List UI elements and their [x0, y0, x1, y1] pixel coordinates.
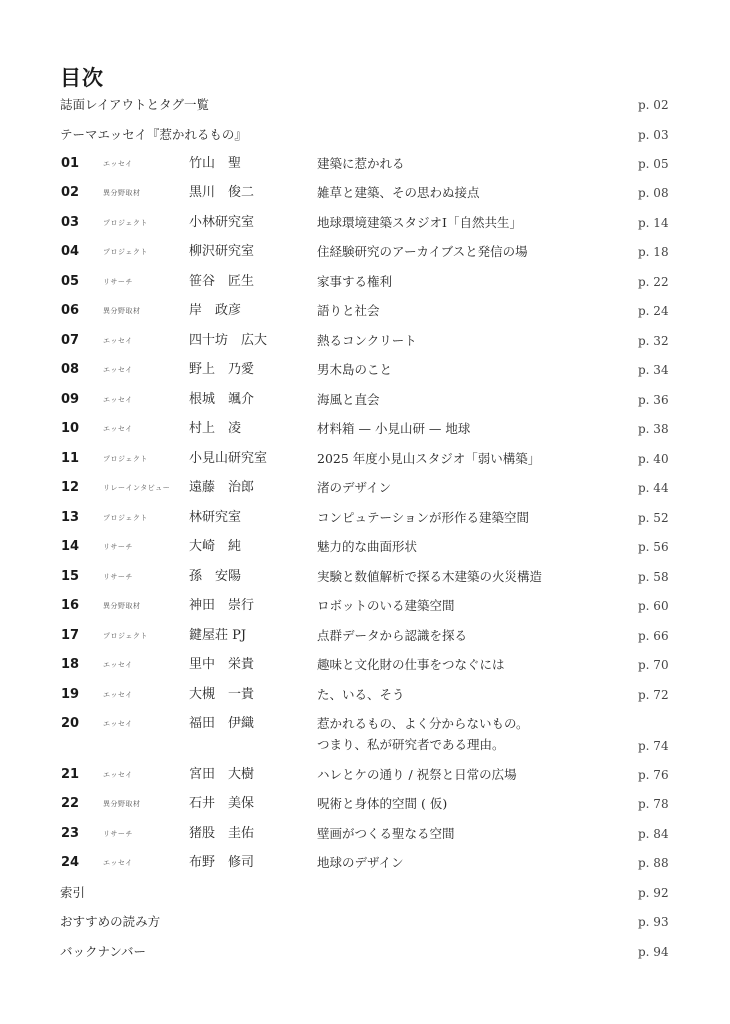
entry-number: 01	[61, 153, 79, 175]
entry-number: 18	[61, 654, 79, 676]
category-tag: エッセイ	[103, 713, 133, 735]
page-number: p. 60	[638, 595, 669, 617]
entry-number: 19	[61, 684, 79, 706]
entry-number: 23	[61, 823, 79, 845]
toc-back-item[interactable]: おすすめの読み方 p. 93	[0, 911, 730, 933]
toc-entry[interactable]: 06 異分野取材 岸 政彦 語りと社会 p. 24	[0, 300, 730, 322]
article-title: 点群データから認識を探る	[317, 625, 467, 647]
category-tag: エッセイ	[103, 359, 133, 381]
page-number: p. 58	[638, 566, 669, 588]
article-title: 建築に惹かれる	[317, 153, 405, 175]
article-title: 実験と数値解析で探る木建築の火災構造	[317, 566, 542, 588]
category-tag: エッセイ	[103, 153, 133, 175]
page-number: p. 44	[638, 477, 669, 499]
toc-entry[interactable]: 12 リレーインタビュー 遠藤 治郎 渚のデザイン p. 44	[0, 477, 730, 499]
category-tag: プロジェクト	[103, 241, 148, 263]
category-tag: 異分野取材	[103, 182, 141, 204]
entry-number: 13	[61, 507, 79, 529]
section-label: 索引	[60, 882, 85, 904]
article-title: ロボットのいる建築空間	[317, 595, 455, 617]
entry-number: 11	[61, 448, 79, 470]
page-number: p. 93	[638, 911, 669, 933]
toc-front-item[interactable]: テーマエッセイ『惹かれるもの』 p. 03	[0, 124, 730, 146]
page-number: p. 22	[638, 271, 669, 293]
page-number: p. 34	[638, 359, 669, 381]
page-number: p. 72	[638, 684, 669, 706]
entry-number: 03	[61, 212, 79, 234]
author-name: 布野 修司	[189, 852, 254, 874]
author-name: 岸 政彦	[189, 300, 241, 322]
article-title: 呪術と身体的空間 ( 仮)	[317, 793, 447, 815]
toc-back-item[interactable]: 索引 p. 92	[0, 882, 730, 904]
toc-entry[interactable]: 22 異分野取材 石井 美保 呪術と身体的空間 ( 仮) p. 78	[0, 793, 730, 815]
author-name: 小林研究室	[189, 212, 254, 234]
author-name: 孫 安陽	[189, 566, 241, 588]
category-tag: エッセイ	[103, 389, 133, 411]
author-name: 鍵屋荘 PJ	[189, 625, 246, 647]
section-label: バックナンバー	[60, 941, 146, 963]
toc-entry[interactable]: 03 プロジェクト 小林研究室 地球環境建築スタジオⅠ「自然共生」 p. 14	[0, 212, 730, 234]
page-number: p. 70	[638, 654, 669, 676]
author-name: 遠藤 治郎	[189, 477, 254, 499]
page-number: p. 14	[638, 212, 669, 234]
entry-number: 15	[61, 566, 79, 588]
category-tag: リサーチ	[103, 566, 133, 588]
article-title: 地球環境建築スタジオⅠ「自然共生」	[317, 212, 522, 234]
toc-entry[interactable]: 16 異分野取材 神田 崇行 ロボットのいる建築空間 p. 60	[0, 595, 730, 617]
page-number: p. 36	[638, 389, 669, 411]
entry-number: 06	[61, 300, 79, 322]
category-tag: 異分野取材	[103, 300, 141, 322]
author-name: 根城 颯介	[189, 389, 254, 411]
page-number: p. 40	[638, 448, 669, 470]
page-number: p. 66	[638, 625, 669, 647]
entry-number: 20	[61, 713, 79, 735]
page-number: p. 56	[638, 536, 669, 558]
author-name: 四十坊 広大	[189, 330, 267, 352]
page-number: p. 74	[638, 735, 669, 757]
category-tag: プロジェクト	[103, 212, 148, 234]
category-tag: リサーチ	[103, 536, 133, 558]
article-title: 惹かれるもの、よく分からないもの。	[317, 713, 529, 735]
author-name: 笹谷 匠生	[189, 271, 254, 293]
page-number: p. 78	[638, 793, 669, 815]
article-title: 熱るコンクリート	[317, 330, 417, 352]
entry-number: 22	[61, 793, 79, 815]
page-number: p. 32	[638, 330, 669, 352]
entry-number: 04	[61, 241, 79, 263]
category-tag: リサーチ	[103, 271, 133, 293]
page-number: p. 24	[638, 300, 669, 322]
article-title: 壁画がつくる聖なる空間	[317, 823, 455, 845]
toc-entry[interactable]: 15 リサーチ 孫 安陽 実験と数値解析で探る木建築の火災構造 p. 58	[0, 566, 730, 588]
section-label: テーマエッセイ『惹かれるもの』	[60, 124, 247, 146]
entry-number: 02	[61, 182, 79, 204]
toc-entry[interactable]: 17 プロジェクト 鍵屋荘 PJ 点群データから認識を探る p. 66	[0, 625, 730, 647]
author-name: 小見山研究室	[189, 448, 267, 470]
category-tag: プロジェクト	[103, 625, 148, 647]
article-title: ハレとケの通り / 祝祭と日常の広場	[317, 764, 517, 786]
section-label: 誌面レイアウトとタグ一覧	[60, 94, 209, 116]
toc-back-item[interactable]: バックナンバー p. 94	[0, 941, 730, 963]
category-tag: エッセイ	[103, 330, 133, 352]
page-number: p. 18	[638, 241, 669, 263]
author-name: 里中 栄貴	[189, 654, 254, 676]
toc-entry[interactable]: 09 エッセイ 根城 颯介 海風と直会 p. 36	[0, 389, 730, 411]
entry-number: 14	[61, 536, 79, 558]
article-title: た、いる、そう	[317, 684, 405, 706]
author-name: 村上 凌	[189, 418, 241, 440]
author-name: 林研究室	[189, 507, 241, 529]
author-name: 石井 美保	[189, 793, 254, 815]
toc-entry[interactable]: 11 プロジェクト 小見山研究室 2025 年度小見山スタジオ「弱い構築」 p.…	[0, 448, 730, 470]
toc-entry[interactable]: 10 エッセイ 村上 凌 材料箱 — 小見山研 — 地球 p. 38	[0, 418, 730, 440]
page-number: p. 05	[638, 153, 669, 175]
toc-entry[interactable]: 21 エッセイ 宮田 大樹 ハレとケの通り / 祝祭と日常の広場 p. 76	[0, 764, 730, 786]
category-tag: エッセイ	[103, 764, 133, 786]
page-number: p. 84	[638, 823, 669, 845]
article-title: 魅力的な曲面形状	[317, 536, 417, 558]
author-name: 宮田 大樹	[189, 764, 254, 786]
author-name: 福田 伊織	[189, 713, 254, 735]
article-title: 家事する権利	[317, 271, 392, 293]
page-number: p. 94	[638, 941, 669, 963]
article-title: 地球のデザイン	[317, 852, 404, 874]
toc-entry[interactable]: 14 リサーチ 大崎 純 魅力的な曲面形状 p. 56	[0, 536, 730, 558]
article-title: 雑草と建築、その思わぬ接点	[317, 182, 480, 204]
page-number: p. 92	[638, 882, 669, 904]
page-number: p. 52	[638, 507, 669, 529]
author-name: 大崎 純	[189, 536, 241, 558]
category-tag: エッセイ	[103, 684, 133, 706]
article-title: コンピュテーションが形作る建築空間	[317, 507, 529, 529]
category-tag: 異分野取材	[103, 595, 141, 617]
table-of-contents-page: 目次 誌面レイアウトとタグ一覧 p. 02 テーマエッセイ『惹かれるもの』 p.…	[0, 0, 730, 1024]
article-title: 材料箱 — 小見山研 — 地球	[317, 418, 470, 440]
entry-number: 16	[61, 595, 79, 617]
toc-entry[interactable]: 08 エッセイ 野上 乃愛 男木島のこと p. 34	[0, 359, 730, 381]
entry-number: 05	[61, 271, 79, 293]
article-title: 渚のデザイン	[317, 477, 391, 499]
toc-entry[interactable]: 01 エッセイ 竹山 聖 建築に惹かれる p. 05	[0, 153, 730, 175]
category-tag: プロジェクト	[103, 448, 148, 470]
page-number: p. 08	[638, 182, 669, 204]
toc-entry[interactable]: 18 エッセイ 里中 栄貴 趣味と文化財の仕事をつなぐには p. 70	[0, 654, 730, 676]
article-title: 2025 年度小見山スタジオ「弱い構築」	[317, 448, 540, 470]
entry-number: 21	[61, 764, 79, 786]
page-number: p. 76	[638, 764, 669, 786]
toc-entry[interactable]: 02 異分野取材 黒川 俊二 雑草と建築、その思わぬ接点 p. 08	[0, 182, 730, 204]
page-number: p. 88	[638, 852, 669, 874]
category-tag: リサーチ	[103, 823, 133, 845]
toc-entry[interactable]: 07 エッセイ 四十坊 広大 熱るコンクリート p. 32	[0, 330, 730, 352]
entry-number: 08	[61, 359, 79, 381]
author-name: 猪股 圭佑	[189, 823, 254, 845]
category-tag: リレーインタビュー	[103, 477, 170, 499]
author-name: 野上 乃愛	[189, 359, 254, 381]
toc-entry[interactable]: 19 エッセイ 大槻 一貴 た、いる、そう p. 72	[0, 684, 730, 706]
entry-number: 12	[61, 477, 79, 499]
toc-entry[interactable]: 24 エッセイ 布野 修司 地球のデザイン p. 88	[0, 852, 730, 874]
toc-entry[interactable]: 20 エッセイ 福田 伊織 惹かれるもの、よく分からないもの。 つまり、私が研究…	[0, 713, 730, 757]
page-title: 目次	[60, 62, 104, 92]
category-tag: エッセイ	[103, 418, 133, 440]
article-title: 男木島のこと	[317, 359, 392, 381]
author-name: 大槻 一貴	[189, 684, 254, 706]
article-title-line2: つまり、私が研究者である理由。	[317, 734, 505, 756]
toc-entry[interactable]: 05 リサーチ 笹谷 匠生 家事する権利 p. 22	[0, 271, 730, 293]
entry-number: 17	[61, 625, 79, 647]
entry-number: 07	[61, 330, 79, 352]
page-number: p. 38	[638, 418, 669, 440]
article-title: 趣味と文化財の仕事をつなぐには	[317, 654, 505, 676]
article-title: 語りと社会	[317, 300, 380, 322]
toc-entry[interactable]: 13 プロジェクト 林研究室 コンピュテーションが形作る建築空間 p. 52	[0, 507, 730, 529]
toc-front-item[interactable]: 誌面レイアウトとタグ一覧 p. 02	[0, 94, 730, 116]
author-name: 黒川 俊二	[189, 182, 254, 204]
category-tag: 異分野取材	[103, 793, 141, 815]
entry-number: 24	[61, 852, 79, 874]
author-name: 竹山 聖	[189, 153, 241, 175]
entry-number: 10	[61, 418, 79, 440]
category-tag: エッセイ	[103, 654, 133, 676]
entry-number: 09	[61, 389, 79, 411]
category-tag: プロジェクト	[103, 507, 148, 529]
page-number: p. 02	[638, 94, 669, 116]
author-name: 柳沢研究室	[189, 241, 254, 263]
toc-entry[interactable]: 23 リサーチ 猪股 圭佑 壁画がつくる聖なる空間 p. 84	[0, 823, 730, 845]
article-title: 海風と直会	[317, 389, 380, 411]
category-tag: エッセイ	[103, 852, 133, 874]
article-title: 住経験研究のアーカイブスと発信の場	[317, 241, 528, 263]
author-name: 神田 崇行	[189, 595, 254, 617]
section-label: おすすめの読み方	[60, 911, 160, 933]
toc-entry[interactable]: 04 プロジェクト 柳沢研究室 住経験研究のアーカイブスと発信の場 p. 18	[0, 241, 730, 263]
page-number: p. 03	[638, 124, 669, 146]
